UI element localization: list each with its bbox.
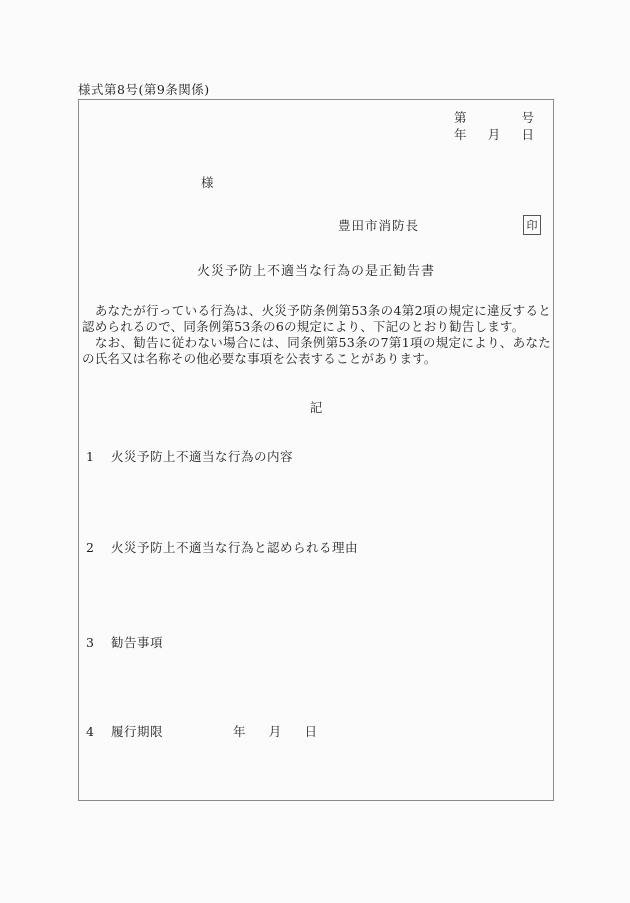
- document-number-date-block: 第 号 年 月 日: [454, 109, 534, 143]
- item-1-label: 火災予防上不適当な行為の内容: [111, 447, 293, 465]
- issuer-name: 豊田市消防長: [338, 216, 419, 234]
- date-day-label: 日: [521, 126, 534, 143]
- recipient-honorific: 様: [201, 173, 214, 191]
- doc-no-prefix: 第: [454, 109, 467, 126]
- document-title: 火災予防上不適当な行為の是正勧告書: [79, 260, 553, 279]
- item-4-label: 履行期限: [111, 722, 163, 740]
- issuer-line: 豊田市消防長 印: [79, 214, 553, 234]
- item-row-2: 2火災予防上不適当な行為と認められる理由: [86, 538, 358, 556]
- document-border-box: 第 号 年 月 日 様 豊田市消防長 印 火災予防上不適当な行為の是正勧告書 あ…: [78, 99, 554, 801]
- item-3-label: 勧告事項: [111, 633, 163, 651]
- doc-no-suffix: 号: [521, 109, 534, 126]
- item-row-4: 4履行期限: [86, 722, 163, 740]
- item-4-number: 4: [86, 724, 99, 739]
- form-number-label: 様式第8号(第9条関係): [78, 80, 210, 98]
- item-1-number: 1: [86, 449, 99, 464]
- item-row-3: 3勧告事項: [86, 633, 163, 651]
- date-month-label: 月: [488, 126, 501, 143]
- item-3-number: 3: [86, 635, 99, 650]
- seal-mark-box: 印: [523, 215, 541, 235]
- item-row-1: 1火災予防上不適当な行為の内容: [86, 447, 293, 465]
- body-paragraph-2: なお、勧告に従わない場合には、同条例第53条の7第1項の規定により、あなたの氏名…: [82, 335, 551, 367]
- body-paragraph-1: あなたが行っている行為は、火災予防条例第53条の4第2項の規定に違反すると認めら…: [82, 303, 551, 335]
- document-number-row: 第 号: [454, 109, 534, 126]
- date-year-label: 年: [454, 126, 467, 143]
- item-4-day-label: 日: [304, 722, 317, 740]
- record-marker: 記: [79, 398, 553, 416]
- item-2-label: 火災予防上不適当な行為と認められる理由: [111, 538, 358, 556]
- document-page: 様式第8号(第9条関係) 第 号 年 月 日 様 豊田市消防長 印 火災予防上不…: [0, 0, 630, 903]
- item-2-number: 2: [86, 540, 99, 555]
- item-4-year-label: 年: [233, 722, 246, 740]
- item-4-month-label: 月: [269, 722, 282, 740]
- item-4-date-labels: 年 月 日: [233, 722, 317, 740]
- body-text: あなたが行っている行為は、火災予防条例第53条の4第2項の規定に違反すると認めら…: [82, 303, 551, 367]
- document-date-row: 年 月 日: [454, 126, 534, 143]
